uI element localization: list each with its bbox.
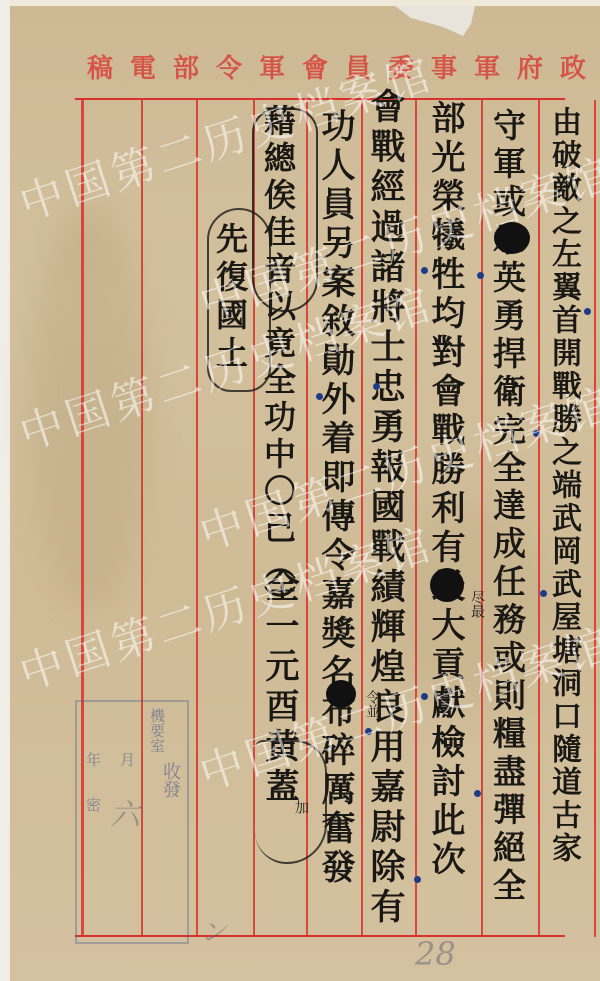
page-number: 28 [415, 935, 456, 973]
punctuation-dot [414, 876, 421, 883]
punctuation-dot [316, 393, 323, 400]
punctuation-dot [540, 590, 547, 597]
letterhead-char: 政 [560, 48, 586, 85]
pencil-mark: ン [200, 912, 226, 949]
letterhead-char: 稿 [87, 48, 113, 85]
letterhead-char: 部 [173, 48, 199, 85]
letterhead-char: 令 [216, 48, 242, 85]
punctuation-dot [373, 383, 380, 390]
ink-blot [430, 568, 464, 602]
punctuation-dot [584, 308, 591, 315]
letterhead-char: 府 [517, 48, 543, 85]
pencil-mark: 六 [110, 790, 140, 834]
letterhead-char: 軍 [474, 48, 500, 85]
insertion-note: 尽最 [467, 590, 487, 618]
letterhead-char: 事 [431, 48, 457, 85]
punctuation-dot [477, 272, 484, 279]
punctuation-dot [474, 790, 481, 797]
letterhead-char: 電 [130, 48, 156, 85]
column-rule [594, 100, 596, 937]
letterhead-char: 軍 [259, 48, 285, 85]
